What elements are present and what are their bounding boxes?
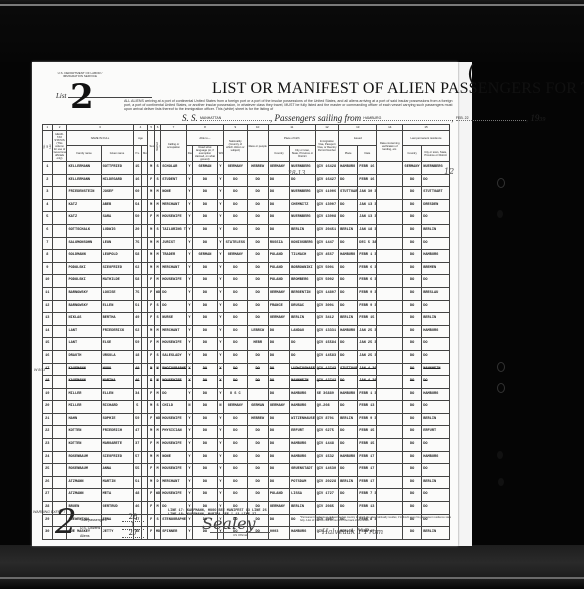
handwritten-page-number: 2 bbox=[55, 502, 77, 542]
cell-empty bbox=[52, 275, 67, 288]
cell-city: DO bbox=[290, 338, 316, 351]
cell-empty bbox=[377, 338, 403, 351]
cell-empty bbox=[377, 439, 403, 452]
cell-place: DO bbox=[339, 464, 358, 477]
cell-lang: DO bbox=[193, 187, 218, 200]
cell-race: DO bbox=[247, 439, 268, 452]
cell-family: KOTTEN bbox=[67, 426, 101, 439]
cell-city: DRUSAC bbox=[290, 300, 316, 313]
cell-given: LEON bbox=[101, 237, 133, 250]
cell-city: POTSDAM bbox=[290, 476, 316, 489]
cell-ms: WD bbox=[154, 413, 160, 426]
cell-empty bbox=[377, 212, 403, 225]
cell-given: HUGO bbox=[101, 363, 133, 376]
cell-city: BERLIN bbox=[290, 313, 316, 326]
cell-empty bbox=[377, 464, 403, 477]
cell-race: DO bbox=[247, 476, 268, 489]
cell-date: JAN 25 39 bbox=[358, 338, 377, 351]
cell-date: FEBR 13 39 bbox=[358, 401, 377, 414]
cell-visa: SE 36889 bbox=[315, 388, 338, 401]
cell-country: DO bbox=[268, 476, 289, 489]
cell-lr-country: DO bbox=[403, 527, 422, 540]
cell-empty bbox=[52, 313, 67, 326]
cell-given: MARTIN bbox=[101, 476, 133, 489]
cell-empty bbox=[52, 338, 67, 351]
cell-empty bbox=[52, 187, 67, 200]
cell-race: HEBREW bbox=[247, 162, 268, 175]
cell-no: 22 bbox=[43, 426, 53, 439]
cell-country: DO bbox=[268, 350, 289, 363]
cell-age: 51 bbox=[133, 476, 142, 489]
cell-empty bbox=[377, 376, 403, 389]
cell-city: TILMACH bbox=[290, 250, 316, 263]
cell-family: MILLER bbox=[67, 388, 101, 401]
cell-country: DO bbox=[268, 388, 289, 401]
cell-calling: NURSE bbox=[161, 313, 187, 326]
cell-lr-country: DO bbox=[403, 476, 422, 489]
cell-race bbox=[247, 388, 268, 401]
cell-empty bbox=[377, 489, 403, 502]
cell-visa: QIV 13331 bbox=[315, 325, 338, 338]
cell-date: FEBR 15 39 bbox=[358, 439, 377, 452]
year-suffix: 39 bbox=[539, 117, 545, 123]
cell-no: 9 bbox=[43, 262, 53, 275]
cell-visa: QIV 14630 bbox=[315, 464, 338, 477]
cell-lr-city: DO bbox=[422, 464, 450, 477]
header-write: Write bbox=[217, 146, 223, 162]
cell-date: FEBR 6 39 bbox=[358, 262, 377, 275]
cell-lr-city: HAMBURG bbox=[422, 325, 450, 338]
cell-place: DO bbox=[339, 212, 358, 225]
table-row: 18KAUFMANNMARTHA46FMHOUSEWIFEYDOYDODODOM… bbox=[43, 376, 450, 389]
cell-visa: QIV 1532 bbox=[315, 451, 338, 464]
cell-empty bbox=[377, 224, 403, 237]
cell-lr-country: DO bbox=[403, 287, 422, 300]
cell-calling: NONE bbox=[161, 187, 187, 200]
binding-hole bbox=[497, 451, 503, 459]
cell-family: KELLERMANN bbox=[67, 162, 101, 175]
cell-visa: QIV 8701 bbox=[315, 413, 338, 426]
sailing-label: Passengers sailing from bbox=[275, 113, 362, 123]
cell-age: 62 bbox=[133, 262, 142, 275]
cell-nationality: STATELESS bbox=[224, 237, 247, 250]
cell-lr-city: DO bbox=[422, 401, 450, 414]
cell-country: DO bbox=[268, 451, 289, 464]
cell-city: HAMBURG bbox=[290, 451, 316, 464]
cell-no: 11 bbox=[43, 287, 53, 300]
cell-lr-country: GERMANY bbox=[403, 162, 422, 175]
cell-family: GOLDMANN bbox=[67, 250, 101, 263]
cell-visa: QIV 4567 bbox=[315, 250, 338, 263]
cell-calling: MERCHANT bbox=[161, 476, 187, 489]
cell-empty bbox=[377, 287, 403, 300]
cell-lr-city: HAMBURG bbox=[422, 388, 450, 401]
cell-visa: QIV 16428 bbox=[315, 162, 338, 175]
cell-nationality: DO bbox=[224, 338, 247, 351]
cell-country: GERMANY bbox=[268, 502, 289, 515]
cell-lang: DO bbox=[193, 313, 218, 326]
header-place-of-birth: Place of birth bbox=[268, 131, 315, 146]
cell-place: HAMBURG bbox=[339, 325, 358, 338]
cell-date: JAN 18 39 bbox=[358, 224, 377, 237]
page-right-margin bbox=[458, 62, 472, 546]
cell-country: GERMANY bbox=[268, 401, 289, 414]
cell-lr-city: DRESDEN bbox=[422, 199, 450, 212]
cell-lr-city: DO bbox=[422, 338, 450, 351]
cell-nationality: DO bbox=[224, 451, 247, 464]
cell-place: DO bbox=[339, 300, 358, 313]
cell-empty bbox=[52, 439, 67, 452]
binding-hole bbox=[498, 478, 504, 486]
table-row: 12BARNOWSKYELLEN51FSDOYDOYDODOFRANCEDRUS… bbox=[43, 300, 450, 313]
cell-date: FEBR 7 39 bbox=[358, 489, 377, 502]
cell-family: NIKLAS bbox=[67, 313, 101, 326]
cell-lang: DO bbox=[193, 224, 218, 237]
cell-city: HAMBURG bbox=[290, 527, 316, 540]
cell-country: DO bbox=[268, 439, 289, 452]
cell-lr-country: DO bbox=[403, 262, 422, 275]
cell-race: DO bbox=[247, 250, 268, 263]
cell-visa: QIV 12742 bbox=[315, 376, 338, 389]
cell-date: JAN 25 39 bbox=[358, 325, 377, 338]
cell-nationality: U S C bbox=[224, 388, 247, 401]
cell-age: 51 bbox=[133, 300, 142, 313]
cell-calling: MERCHANT bbox=[161, 262, 187, 275]
cell-city: LUDWIGSHAFEN bbox=[290, 363, 316, 376]
cell-race: DO bbox=[247, 300, 268, 313]
cell-no: 18 bbox=[43, 376, 53, 389]
cell-given: SOPHIE bbox=[101, 413, 133, 426]
cell-lang: DO bbox=[193, 212, 218, 225]
cell-lang: DO bbox=[193, 174, 218, 187]
table-row: 20MILLERRICHARD5MSCHILDNDONGERMANYGERMAN… bbox=[43, 401, 450, 414]
cell-date: JAN 13 39 bbox=[358, 212, 377, 225]
header-visa: Immigration Visa, Passport Visa, or Reen… bbox=[315, 131, 338, 162]
cell-calling: DO bbox=[161, 388, 187, 401]
cell-no: 5 bbox=[43, 212, 53, 225]
table-row: 15LANTELSE59FMHOUSEWIFEYDOYDOHEBRDODOQIV… bbox=[43, 338, 450, 351]
cell-place: DO bbox=[339, 350, 358, 363]
totals-row: Aliens27 bbox=[80, 530, 144, 538]
bracket-mark: ( bbox=[467, 62, 476, 87]
binding-hole bbox=[497, 362, 505, 372]
cell-place: DO bbox=[339, 199, 358, 212]
cell-empty bbox=[377, 325, 403, 338]
cell-place: STUTTGART bbox=[339, 363, 358, 376]
page-title: LIST OR MANIFEST OF ALIEN PASSENGERS FOR… bbox=[212, 80, 584, 98]
cell-visa: QIV 1448 bbox=[315, 439, 338, 452]
cell-calling: HOUSEWIFE bbox=[161, 275, 187, 288]
cell-age: 34 bbox=[133, 388, 142, 401]
cell-no: 16 bbox=[43, 350, 53, 363]
cell-ms: WD bbox=[154, 489, 160, 502]
cell-given: ELLEN bbox=[101, 388, 133, 401]
cell-empty bbox=[52, 287, 67, 300]
header-birth-country: Country bbox=[268, 146, 289, 162]
cell-lr-city: BERLIN bbox=[422, 527, 450, 540]
margin-annotation-row19: W 8/13 bbox=[34, 368, 45, 372]
table-row: 19MILLERELLEN34FMDOYDOYU S CDOHAMBURGSE … bbox=[43, 388, 450, 401]
cell-no: 19 bbox=[43, 388, 53, 401]
cell-calling: SCHOLAR bbox=[161, 162, 187, 175]
cell-empty bbox=[52, 325, 67, 338]
cell-place: DO bbox=[339, 439, 358, 452]
cell-no: 21 bbox=[43, 413, 53, 426]
cell-date: JAN 25 39 bbox=[358, 350, 377, 363]
binding-hole bbox=[497, 383, 505, 393]
cell-given: ABEB bbox=[101, 199, 133, 212]
cell-race: LEBRCW bbox=[247, 325, 268, 338]
cell-empty bbox=[377, 187, 403, 200]
table-row: 2KELLERMANNHILDEGARD16FSSTUDENTYDOYDODOD… bbox=[43, 174, 450, 187]
handwritten-top-note: 28-13 bbox=[288, 170, 305, 177]
cell-lang: DO bbox=[193, 464, 218, 477]
cell-no: 26 bbox=[43, 476, 53, 489]
cell-empty bbox=[377, 426, 403, 439]
cell-empty bbox=[52, 174, 67, 187]
cell-date: FEBR 6 39 bbox=[358, 275, 377, 288]
cell-country: POLAND bbox=[268, 262, 289, 275]
cell-race: DO bbox=[247, 237, 268, 250]
table-row: 9PODOLSKISIEGFRIED62MMMERCHANTYDOYDODOPO… bbox=[43, 262, 450, 275]
cell-age: 58 bbox=[133, 275, 142, 288]
cell-calling: DO bbox=[161, 287, 187, 300]
cell-family: KATZ bbox=[67, 199, 101, 212]
cell-age: 20 bbox=[133, 224, 142, 237]
cell-lr-country: DO bbox=[403, 426, 422, 439]
cell-age: 15 bbox=[133, 162, 142, 175]
cell-lr-country: DO bbox=[403, 338, 422, 351]
header-name-in-full: NAME IN FULL bbox=[67, 131, 133, 146]
cell-age: 75 bbox=[133, 287, 142, 300]
header-age-mos: Mos. bbox=[142, 146, 148, 162]
cell-date: FEBR 15 39 bbox=[358, 426, 377, 439]
cell-date: FEBR 15 39 bbox=[358, 313, 377, 326]
header-calling: Calling or occupation bbox=[161, 131, 187, 162]
cell-place: BERLIN bbox=[339, 224, 358, 237]
manifest-body: 1KELLERMANNGOTTFRIED15MSSCHOLARYGERMANYG… bbox=[43, 162, 450, 540]
cell-empty bbox=[52, 262, 67, 275]
cell-age: 58 bbox=[133, 250, 142, 263]
table-row: 5KATZSARA50FMHOUSEWIFEYDOYDODODONUERNBER… bbox=[43, 212, 450, 225]
cell-age: 16 bbox=[133, 174, 142, 187]
cell-no: 15 bbox=[43, 338, 53, 351]
cell-no: 12 bbox=[43, 300, 53, 313]
cell-family: FRIEDENSTEIN bbox=[67, 187, 101, 200]
cell-empty bbox=[52, 300, 67, 313]
cell-race: DO bbox=[247, 275, 268, 288]
cell-lr-country: DO bbox=[403, 489, 422, 502]
cell-visa: QIV 14583 bbox=[315, 350, 338, 363]
cell-city: HAMBURG bbox=[290, 401, 316, 414]
cell-nationality: DO bbox=[224, 325, 247, 338]
cell-empty bbox=[52, 388, 67, 401]
cell-calling: PHYSICIAN bbox=[161, 426, 187, 439]
cell-city: LISSA bbox=[290, 489, 316, 502]
cell-empty bbox=[52, 426, 67, 439]
cell-country: POLAND bbox=[268, 489, 289, 502]
cell-nationality: GERMANY bbox=[224, 162, 247, 175]
cell-country: POLAND bbox=[268, 250, 289, 263]
microfilm-bottom-border bbox=[0, 545, 584, 589]
cell-given: HILDEGARD bbox=[101, 174, 133, 187]
table-row: 8GOLDMANNLEOPOLD58MMTRADERYGERMANYGERMAN… bbox=[43, 250, 450, 263]
cell-given: FRIEDRICH bbox=[101, 426, 133, 439]
cell-lr-city: HAMBURG bbox=[422, 250, 450, 263]
cell-age: 5 bbox=[133, 401, 142, 414]
cell-given: SIEGFRIED bbox=[101, 451, 133, 464]
cell-lr-country: DO bbox=[403, 439, 422, 452]
cell-given: LEOPOLD bbox=[101, 250, 133, 263]
cell-given: SARA bbox=[101, 212, 133, 225]
ship-name: MANHATTAN bbox=[200, 116, 270, 121]
cell-calling: DO bbox=[161, 300, 187, 313]
cell-family: KAUFMANN bbox=[67, 363, 101, 376]
cell-empty bbox=[377, 502, 403, 515]
cell-country: GERMANY bbox=[268, 287, 289, 300]
cell-empty bbox=[377, 350, 403, 363]
cell-lr-city: DO bbox=[422, 502, 450, 515]
table-row: 7SALOMONSOHNLEON75MMJURISTYDOYSTATELESSD… bbox=[43, 237, 450, 250]
cell-nationality: DO bbox=[224, 426, 247, 439]
cell-place: BERLIN bbox=[339, 313, 358, 326]
cell-visa: QIV 12743 bbox=[315, 363, 338, 376]
table-row: 25ROSENBAUMANNA55FMHOUSEWIFEYDOYDODODOGR… bbox=[43, 464, 450, 477]
cell-visa: QIV 5002 bbox=[315, 275, 338, 288]
header-row-1: No. on List HEAD-TAX STATUS (This column… bbox=[43, 131, 450, 146]
cell-race: GERMAN bbox=[247, 401, 268, 414]
header-residence-city: City or town, State, Province or Distric… bbox=[422, 146, 450, 162]
cell-no: 2 bbox=[43, 174, 53, 187]
cell-race: DO bbox=[247, 313, 268, 326]
cell-city: BERLIN bbox=[290, 502, 316, 515]
header-issued: Issued bbox=[339, 131, 377, 146]
cell-empty bbox=[377, 237, 403, 250]
cell-place: DO bbox=[339, 502, 358, 515]
cell-country: DO bbox=[268, 514, 289, 527]
cell-lr-country: DO bbox=[403, 401, 422, 414]
cell-lr-country: DO bbox=[403, 250, 422, 263]
cell-lr-country: DO bbox=[403, 363, 422, 376]
cell-age: 50 bbox=[133, 212, 142, 225]
cell-lr-city: BERLIN bbox=[422, 476, 450, 489]
header-family-name: Family name bbox=[67, 146, 101, 162]
table-row: 16DRAUTHURSULA18FSSALESLADYYDOYDODODODOQ… bbox=[43, 350, 450, 363]
cell-age: 60 bbox=[133, 187, 142, 200]
cell-city: NUERNBERG bbox=[290, 187, 316, 200]
cell-nationality: DO bbox=[224, 376, 247, 389]
cell-lr-city: DO bbox=[422, 212, 450, 225]
cell-nationality: DO bbox=[224, 174, 247, 187]
cell-visa: QIV 5001 bbox=[315, 262, 338, 275]
page-subtitle: ALL ALIENS arriving at a port of contine… bbox=[124, 99, 456, 111]
cell-empty bbox=[377, 174, 403, 187]
cell-city: BROMBERG bbox=[290, 275, 316, 288]
table-row: 3FRIEDENSTEINJOSEF60MMNONEYDOYDODODONUER… bbox=[43, 187, 450, 200]
cell-calling: PHOTOGRAPHER bbox=[161, 363, 187, 376]
cell-lang: DO bbox=[193, 451, 218, 464]
table-row: 4KATZABEB54MMMERCHANTYDOYDODODOCHEMNITZQ… bbox=[43, 199, 450, 212]
cell-empty bbox=[52, 413, 67, 426]
cell-lang: DO bbox=[193, 338, 218, 351]
cell-given: LOUISE bbox=[101, 287, 133, 300]
cell-lr-country: DO bbox=[403, 300, 422, 313]
departure-port: HAMBURG bbox=[363, 116, 451, 121]
cell-empty bbox=[377, 413, 403, 426]
list-number: 2 bbox=[70, 77, 94, 117]
cell-lr-country: DO bbox=[403, 376, 422, 389]
cell-country: GERMANY bbox=[268, 162, 289, 175]
cell-nationality: DO bbox=[224, 363, 247, 376]
list-label: List bbox=[56, 92, 67, 100]
cell-country: DO bbox=[268, 464, 289, 477]
sailing-date: FEB. 22 bbox=[456, 116, 526, 121]
table-row: 10PODOLSKIMATHILDE58FMHOUSEWIFEYDOYDODOP… bbox=[43, 275, 450, 288]
cell-no: 13 bbox=[43, 313, 53, 326]
cell-lr-country: DO bbox=[403, 212, 422, 225]
cell-empty bbox=[52, 451, 67, 464]
cell-age: 55 bbox=[133, 464, 142, 477]
cell-empty bbox=[52, 199, 67, 212]
cell-place: DO bbox=[339, 426, 358, 439]
cell-city: DO bbox=[290, 350, 316, 363]
cell-lr-country: DO bbox=[403, 325, 422, 338]
cell-date: FEBR 1 39 bbox=[358, 388, 377, 401]
cell-calling: JURIST bbox=[161, 237, 187, 250]
cell-lr-city: DO bbox=[422, 300, 450, 313]
cell-empty bbox=[377, 162, 403, 175]
cell-date: FEBR 17 39 bbox=[358, 451, 377, 464]
cell-date: JAN 4 39 bbox=[358, 363, 377, 376]
cell-country: DO bbox=[268, 376, 289, 389]
header-line-no: No. on List bbox=[43, 131, 53, 162]
cell-family: LANT bbox=[67, 325, 101, 338]
header-head-tax: HEAD-TAX STATUS (This column for use of … bbox=[52, 131, 67, 162]
cell-race: DO bbox=[247, 187, 268, 200]
cell-country: POLAND bbox=[268, 275, 289, 288]
cell-nationality: GERMANY bbox=[224, 401, 247, 414]
cell-city: BERLIN bbox=[290, 224, 316, 237]
cell-place: DO bbox=[339, 237, 358, 250]
cell-no: 4 bbox=[43, 199, 53, 212]
cell-lang: DO bbox=[193, 376, 218, 389]
cell-given: MARTHA bbox=[101, 376, 133, 389]
cell-lr-city: BERLIN bbox=[422, 313, 450, 326]
cell-race: DO bbox=[247, 464, 268, 477]
header-landing-data: Data concerning verification of landing,… bbox=[377, 131, 403, 162]
cell-date: FEBR 9 39 bbox=[358, 300, 377, 313]
handwritten-visa-note: 12 bbox=[444, 167, 454, 176]
cell-lr-country: DO bbox=[403, 174, 422, 187]
cell-no: 10 bbox=[43, 275, 53, 288]
cell-given: ELLEN bbox=[101, 300, 133, 313]
cell-given: ELSE bbox=[101, 338, 133, 351]
cell-lang: DO bbox=[193, 275, 218, 288]
cell-age: 47 bbox=[133, 426, 142, 439]
cell-family: LANT bbox=[67, 338, 101, 351]
cell-nationality: DO bbox=[224, 262, 247, 275]
cell-age: 54 bbox=[133, 199, 142, 212]
cell-empty bbox=[377, 275, 403, 288]
passenger-totals: Total passengers28 U.S. Citizens1 Aliens… bbox=[80, 514, 144, 538]
cell-country: DO bbox=[268, 426, 289, 439]
table-row: 13NIKLASBERTHA49FSNURSEYDOYDODOGERMANYBE… bbox=[43, 313, 450, 326]
cell-place: DO bbox=[339, 338, 358, 351]
header-nationality: Nationality (Country of which citizen or… bbox=[224, 131, 247, 162]
cell-family: SALOMONSOHN bbox=[67, 237, 101, 250]
cell-given: MARGARETE bbox=[101, 439, 133, 452]
cell-calling: NONE bbox=[161, 451, 187, 464]
